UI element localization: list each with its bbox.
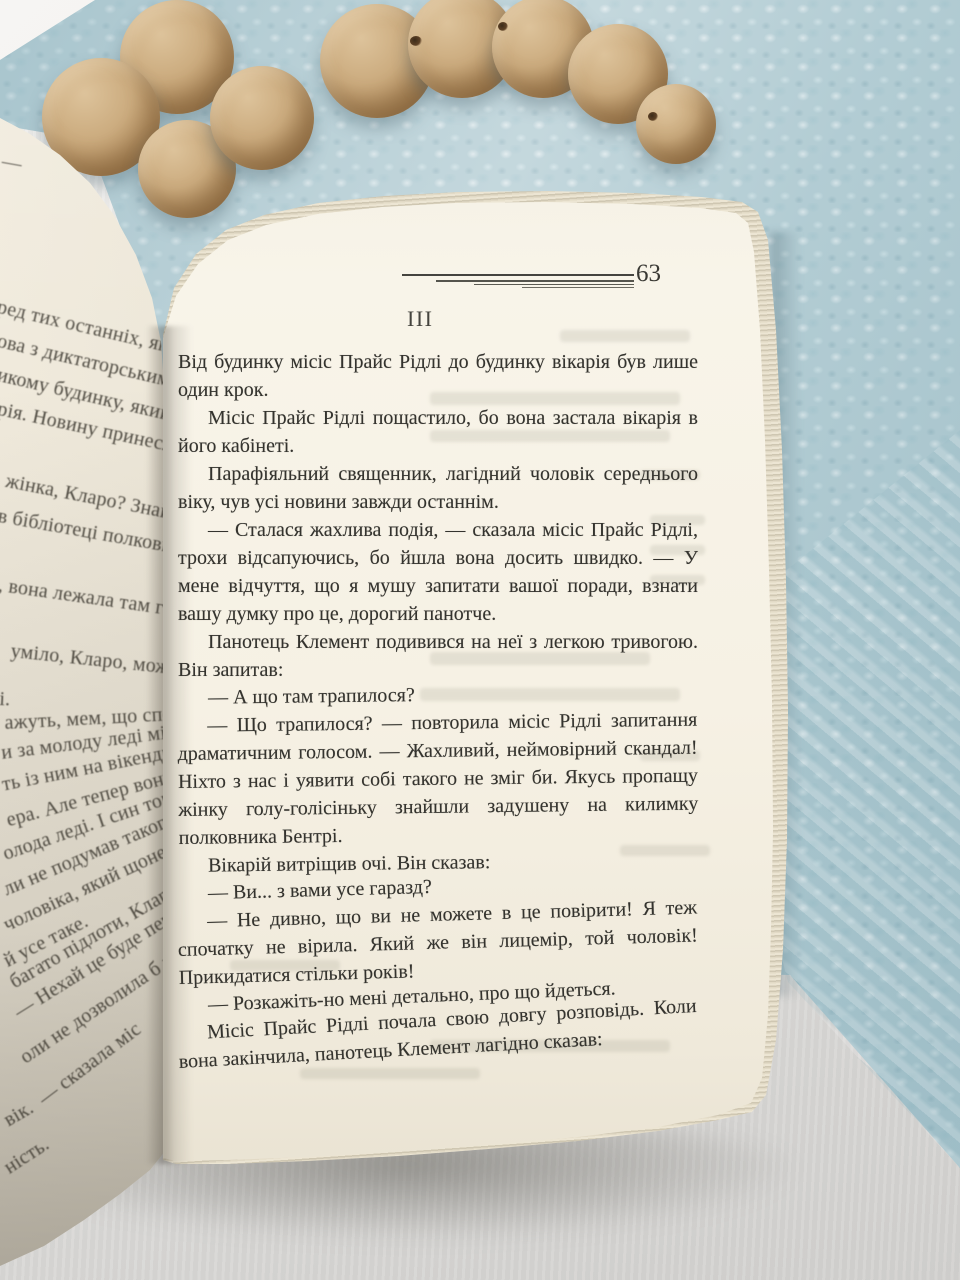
bleedthrough-text-ghost	[560, 330, 690, 342]
body-paragraph: — Сталася жахлива подія, — сказала місіс…	[178, 516, 698, 628]
body-paragraph: Місіс Прайс Рідлі пощастило, бо вона зас…	[178, 404, 698, 460]
header-rule-line	[474, 284, 634, 285]
bead-hole	[410, 36, 422, 46]
chapter-heading: III	[407, 306, 433, 332]
wooden-bead	[210, 66, 314, 170]
wooden-bead	[636, 84, 716, 164]
gutter-shadow	[146, 326, 192, 1164]
bead-hole	[498, 22, 508, 31]
bead-hole	[648, 112, 658, 121]
body-paragraph: Панотець Клемент подивився на неї з легк…	[178, 628, 698, 684]
header-rule-line	[402, 274, 634, 276]
header-rule-line	[436, 280, 634, 282]
page-body-text: Від будинку місіс Прайс Рідлі до будинку…	[178, 348, 698, 1076]
book-photo-scene: — ред тих останніх, які п ова з диктатор…	[0, 0, 960, 1280]
body-paragraph: Від будинку місіс Прайс Рідлі до будинку…	[178, 348, 698, 404]
header-rule	[402, 274, 634, 290]
header-rule-line	[522, 287, 634, 288]
body-paragraph: Парафіяльний священник, лагідний чоловік…	[178, 460, 698, 516]
body-paragraph: — Що трапилося? — повторила місіс Рідлі …	[177, 706, 699, 852]
page-number: 63	[636, 260, 661, 288]
